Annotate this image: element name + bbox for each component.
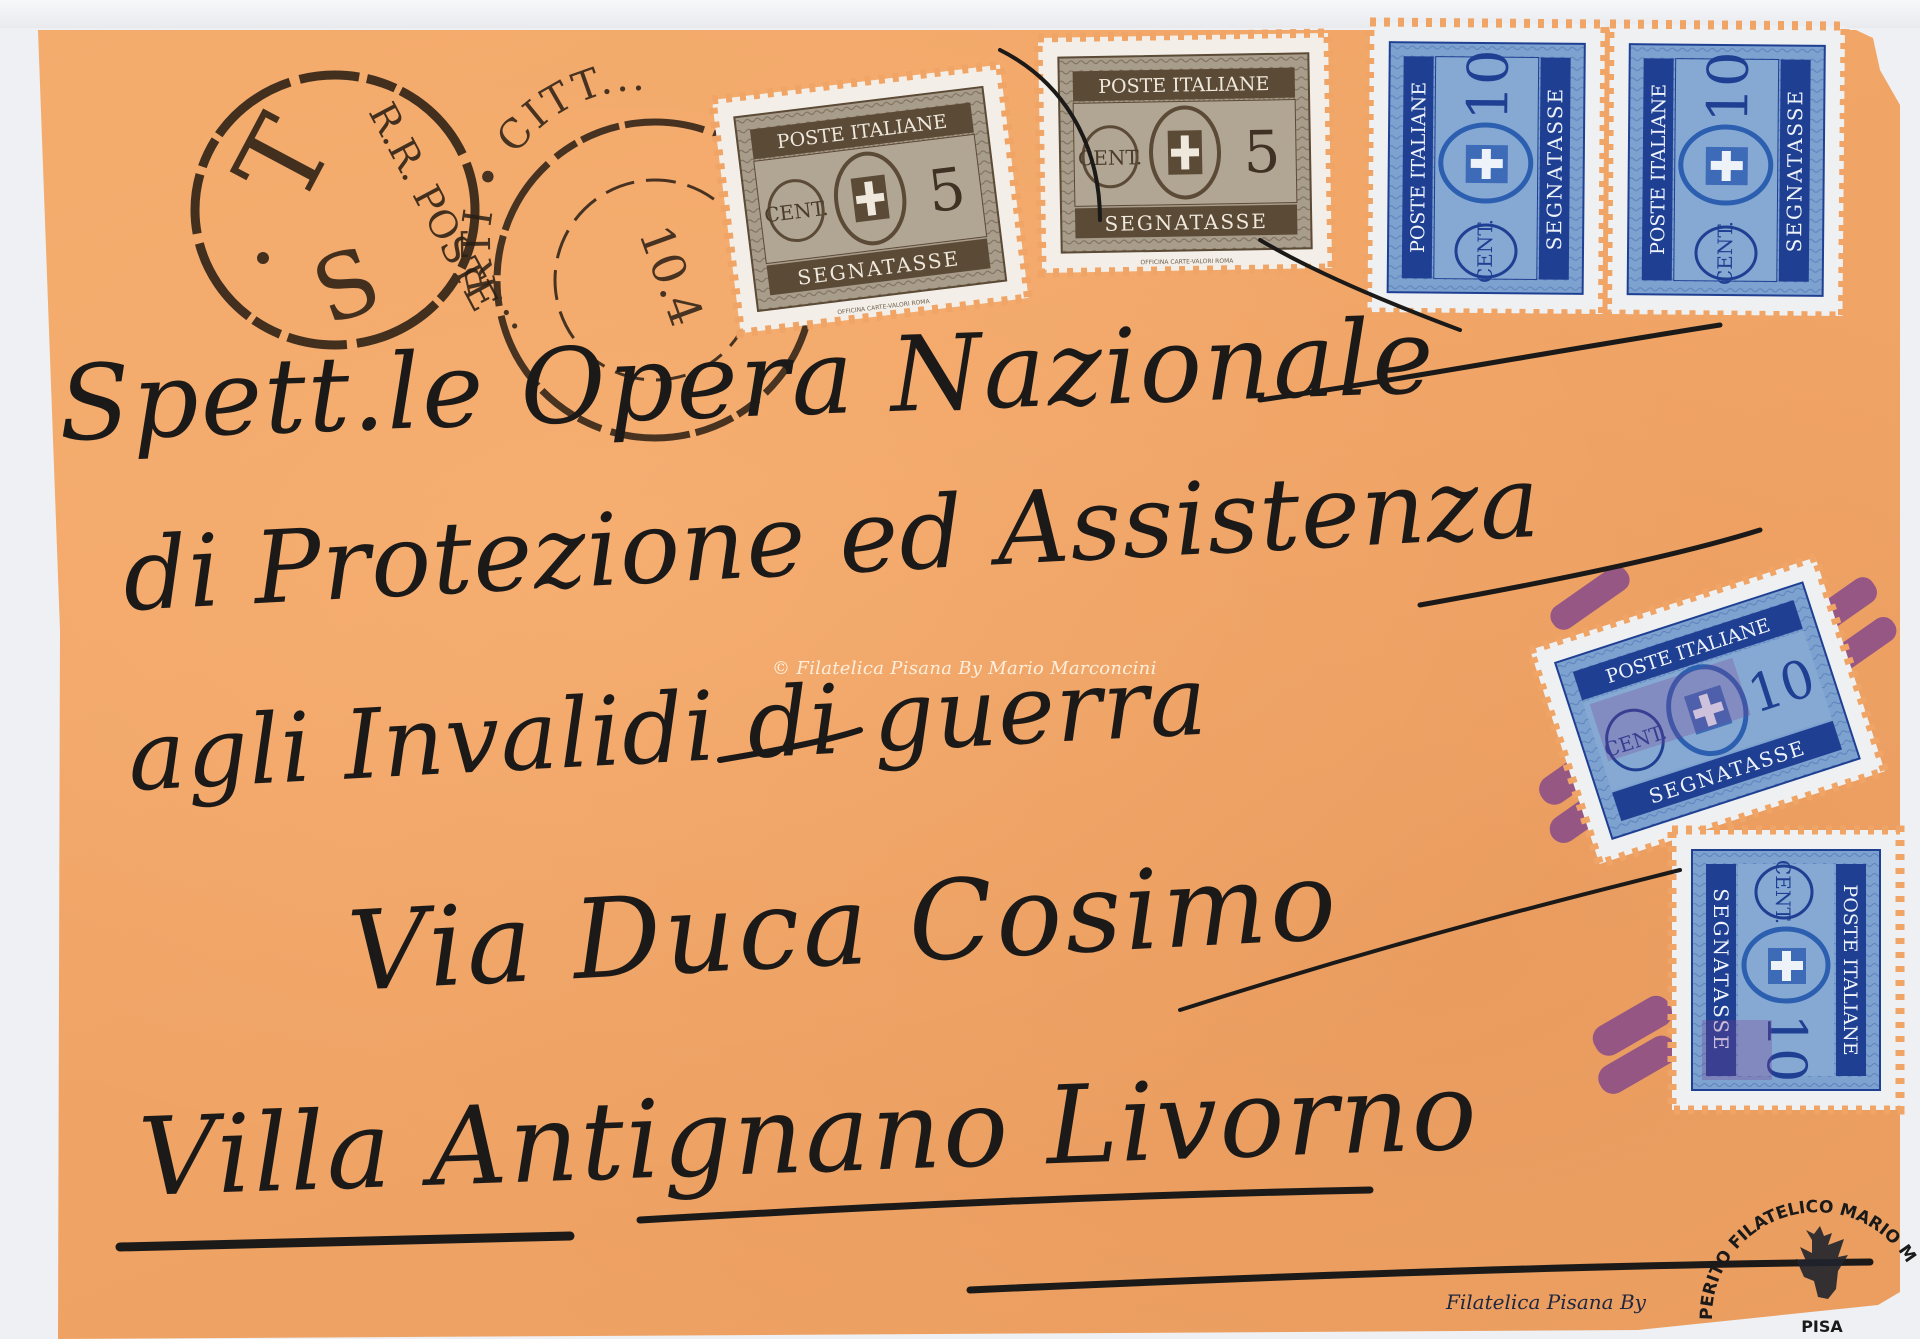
expert-mark-layer: PERITO FILATELICO MARIO MARCONCINI PISA (0, 0, 1920, 1339)
expert-city: PISA (1801, 1317, 1843, 1336)
expert-arc-text: PERITO FILATELICO MARIO MARCONCINI (0, 0, 1920, 1320)
expert-signature: Filatelica Pisana By (1446, 1290, 1646, 1314)
svg-text:PERITO FILATELICO MARIO MARCON: PERITO FILATELICO MARIO MARCONCINI (0, 0, 1920, 1320)
eagle-icon (1796, 1226, 1848, 1299)
